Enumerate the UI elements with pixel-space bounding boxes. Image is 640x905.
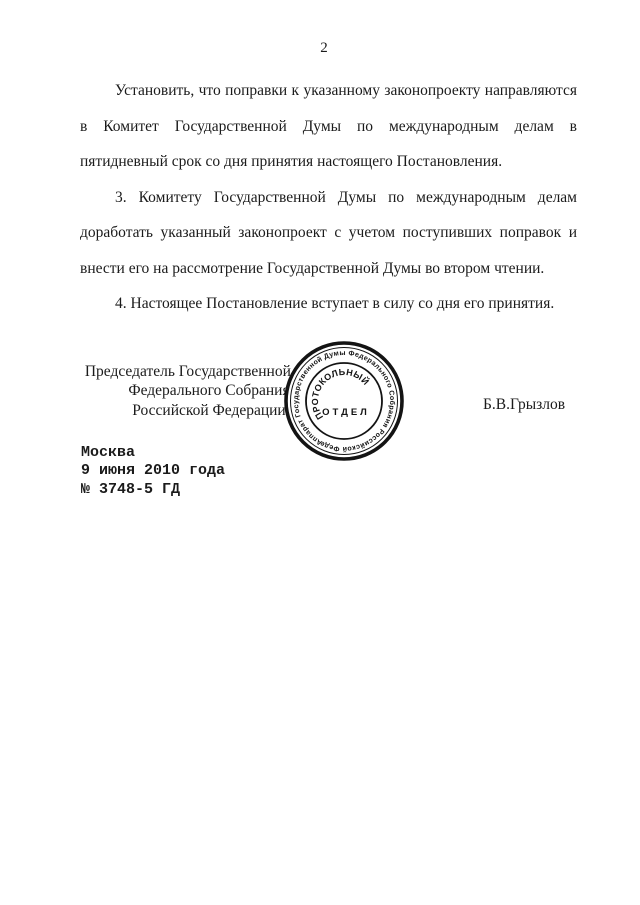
body-line: доработать указанный законопроект с учет… [80,223,577,259]
body-line: 4. Настоящее Постановление вступает в си… [80,294,577,330]
footer-date: 9 июня 2010 года [81,462,225,480]
footer-number: № 3748-5 ГД [81,481,225,499]
footer-city: Москва [81,444,225,462]
body-line: Установить, что поправки к указанному за… [80,81,577,117]
signatory-name: Б.В.Грызлов [483,395,565,414]
seal-center-text: ОТДЕЛ [322,407,370,418]
protocol-department-seal-icon: Аппарат Государственной Думы Федеральног… [276,333,412,469]
body-line: 3. Комитету Государственной Думы по межд… [80,188,577,224]
body-line: в Комитет Государственной Думы по междун… [80,117,577,153]
page-number: 2 [0,40,640,57]
body-line: внести его на рассмотрение Государственн… [80,259,577,295]
document-body: Установить, что поправки к указанному за… [80,81,577,330]
seal-outer-circle [286,343,402,459]
document-page: 2 Установить, что поправки к указанному … [0,0,640,905]
footer-block: Москва 9 июня 2010 года № 3748-5 ГД [81,444,225,499]
body-line: пятидневный срок со дня принятия настоящ… [80,152,577,188]
